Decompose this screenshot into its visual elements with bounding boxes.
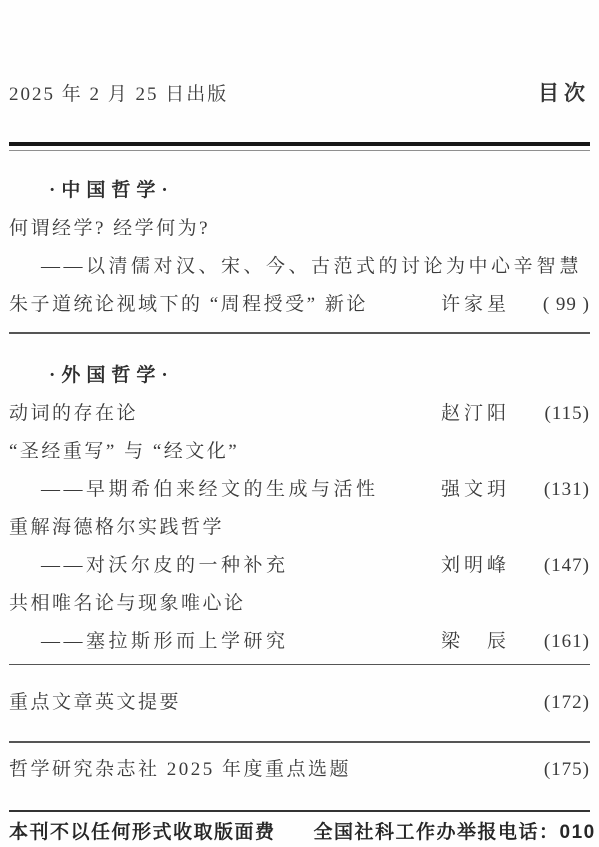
section-divider	[9, 332, 590, 334]
entry-title: 朱子道统论视域下的 “周程授受” 新论	[9, 286, 368, 324]
toc-entry: ——塞拉斯形而上学研究 梁 辰 (161)	[9, 623, 590, 661]
entry-author: 赵汀阳	[441, 395, 510, 433]
entry-subtitle: ——以清儒对汉、宋、今、古范式的讨论为中心	[9, 248, 514, 286]
entry-page: (175)	[524, 751, 590, 789]
toc-title: 目次	[538, 80, 590, 106]
report-hotline: 全国社科工作办举报电话：010 - 63098272	[314, 820, 599, 846]
rule-thick	[9, 142, 590, 146]
entry-page-number: (161)	[524, 623, 590, 661]
no-fee-notice: 本刊不以任何形式收取版面费	[9, 820, 276, 846]
footer-divider	[9, 810, 590, 812]
rule-thin	[9, 150, 590, 152]
entry-author: 辛智慧	[514, 248, 583, 286]
entry-author-page: 许家星 ( 99 )	[441, 286, 590, 324]
toc-entry: ——早期希伯来经文的生成与活性 强文玥 (131)	[9, 471, 590, 509]
toc-entry: 动词的存在论 赵汀阳 (115)	[9, 395, 590, 433]
entry-page-number: (147)	[524, 547, 590, 585]
entry-page-number: (172)	[524, 684, 590, 722]
footer-notice: 本刊不以任何形式收取版面费 全国社科工作办举报电话：010 - 63098272	[9, 820, 590, 846]
section-heading-chinese-philosophy: ·中国哲学·	[9, 172, 590, 210]
entry-author: 梁 辰	[441, 623, 510, 661]
section-heading-foreign-philosophy: ·外国哲学·	[9, 357, 590, 395]
entry-subtitle: ——塞拉斯形而上学研究	[9, 623, 289, 661]
page-header: 2025 年 2 月 25 日出版 目次	[9, 0, 590, 108]
entry-title: “圣经重写” 与 “经文化”	[9, 433, 239, 471]
section-chinese-philosophy: ·中国哲学· 何谓经学? 经学何为? ——以清儒对汉、宋、今、古范式的讨论为中心…	[9, 172, 590, 324]
toc-entry: ——对沃尔皮的一种补充 刘明峰 (147)	[9, 547, 590, 585]
entry-author-page: 刘明峰 (147)	[441, 547, 590, 585]
toc-entry-key-topics: 哲学研究杂志社 2025 年度重点选题 (175)	[9, 751, 590, 789]
entry-title: 何谓经学? 经学何为?	[9, 210, 210, 248]
entry-author-page: 梁 辰 (161)	[441, 623, 590, 661]
entry-subtitle: ——对沃尔皮的一种补充	[9, 547, 289, 585]
section-foreign-philosophy: ·外国哲学· 动词的存在论 赵汀阳 (115) “圣经重写” 与 “经文化” —…	[9, 357, 590, 661]
entry-page-number: (131)	[524, 471, 590, 509]
entry-title: 重点文章英文提要	[9, 684, 181, 722]
entry-title: 哲学研究杂志社 2025 年度重点选题	[9, 751, 351, 789]
entry-author-page: 辛智慧 ( 83 )	[514, 248, 599, 286]
header-double-rule	[9, 142, 590, 151]
publish-date: 2025 年 2 月 25 日出版	[9, 82, 228, 108]
entry-title: 共相唯名论与现象唯心论	[9, 585, 246, 623]
entry-page-number: (115)	[524, 395, 590, 433]
section-divider	[9, 664, 590, 666]
journal-toc-page: 2025 年 2 月 25 日出版 目次 ·中国哲学· 何谓经学? 经学何为? …	[0, 0, 599, 847]
entry-page-number: (175)	[524, 751, 590, 789]
entry-author: 许家星	[441, 286, 510, 324]
toc-entry: ——以清儒对汉、宋、今、古范式的讨论为中心 辛智慧 ( 83 )	[9, 248, 590, 286]
entry-author-page: 强文玥 (131)	[441, 471, 590, 509]
entry-subtitle: ——早期希伯来经文的生成与活性	[9, 471, 379, 509]
entry-page: (172)	[524, 684, 590, 722]
entry-author-page: 赵汀阳 (115)	[441, 395, 590, 433]
entry-author: 强文玥	[441, 471, 510, 509]
toc-entry: 何谓经学? 经学何为?	[9, 210, 590, 248]
entry-title: 重解海德格尔实践哲学	[9, 509, 224, 547]
entry-page-number: ( 99 )	[524, 286, 590, 324]
toc-entry: 朱子道统论视域下的 “周程授受” 新论 许家星 ( 99 )	[9, 286, 590, 324]
entry-title: 动词的存在论	[9, 395, 138, 433]
entry-author: 刘明峰	[441, 547, 510, 585]
toc-entry-english-abstracts: 重点文章英文提要 (172)	[9, 684, 590, 722]
toc-entry: 共相唯名论与现象唯心论	[9, 585, 590, 623]
section-divider	[9, 741, 590, 743]
toc-entry: 重解海德格尔实践哲学	[9, 509, 590, 547]
toc-entry: “圣经重写” 与 “经文化”	[9, 433, 590, 471]
